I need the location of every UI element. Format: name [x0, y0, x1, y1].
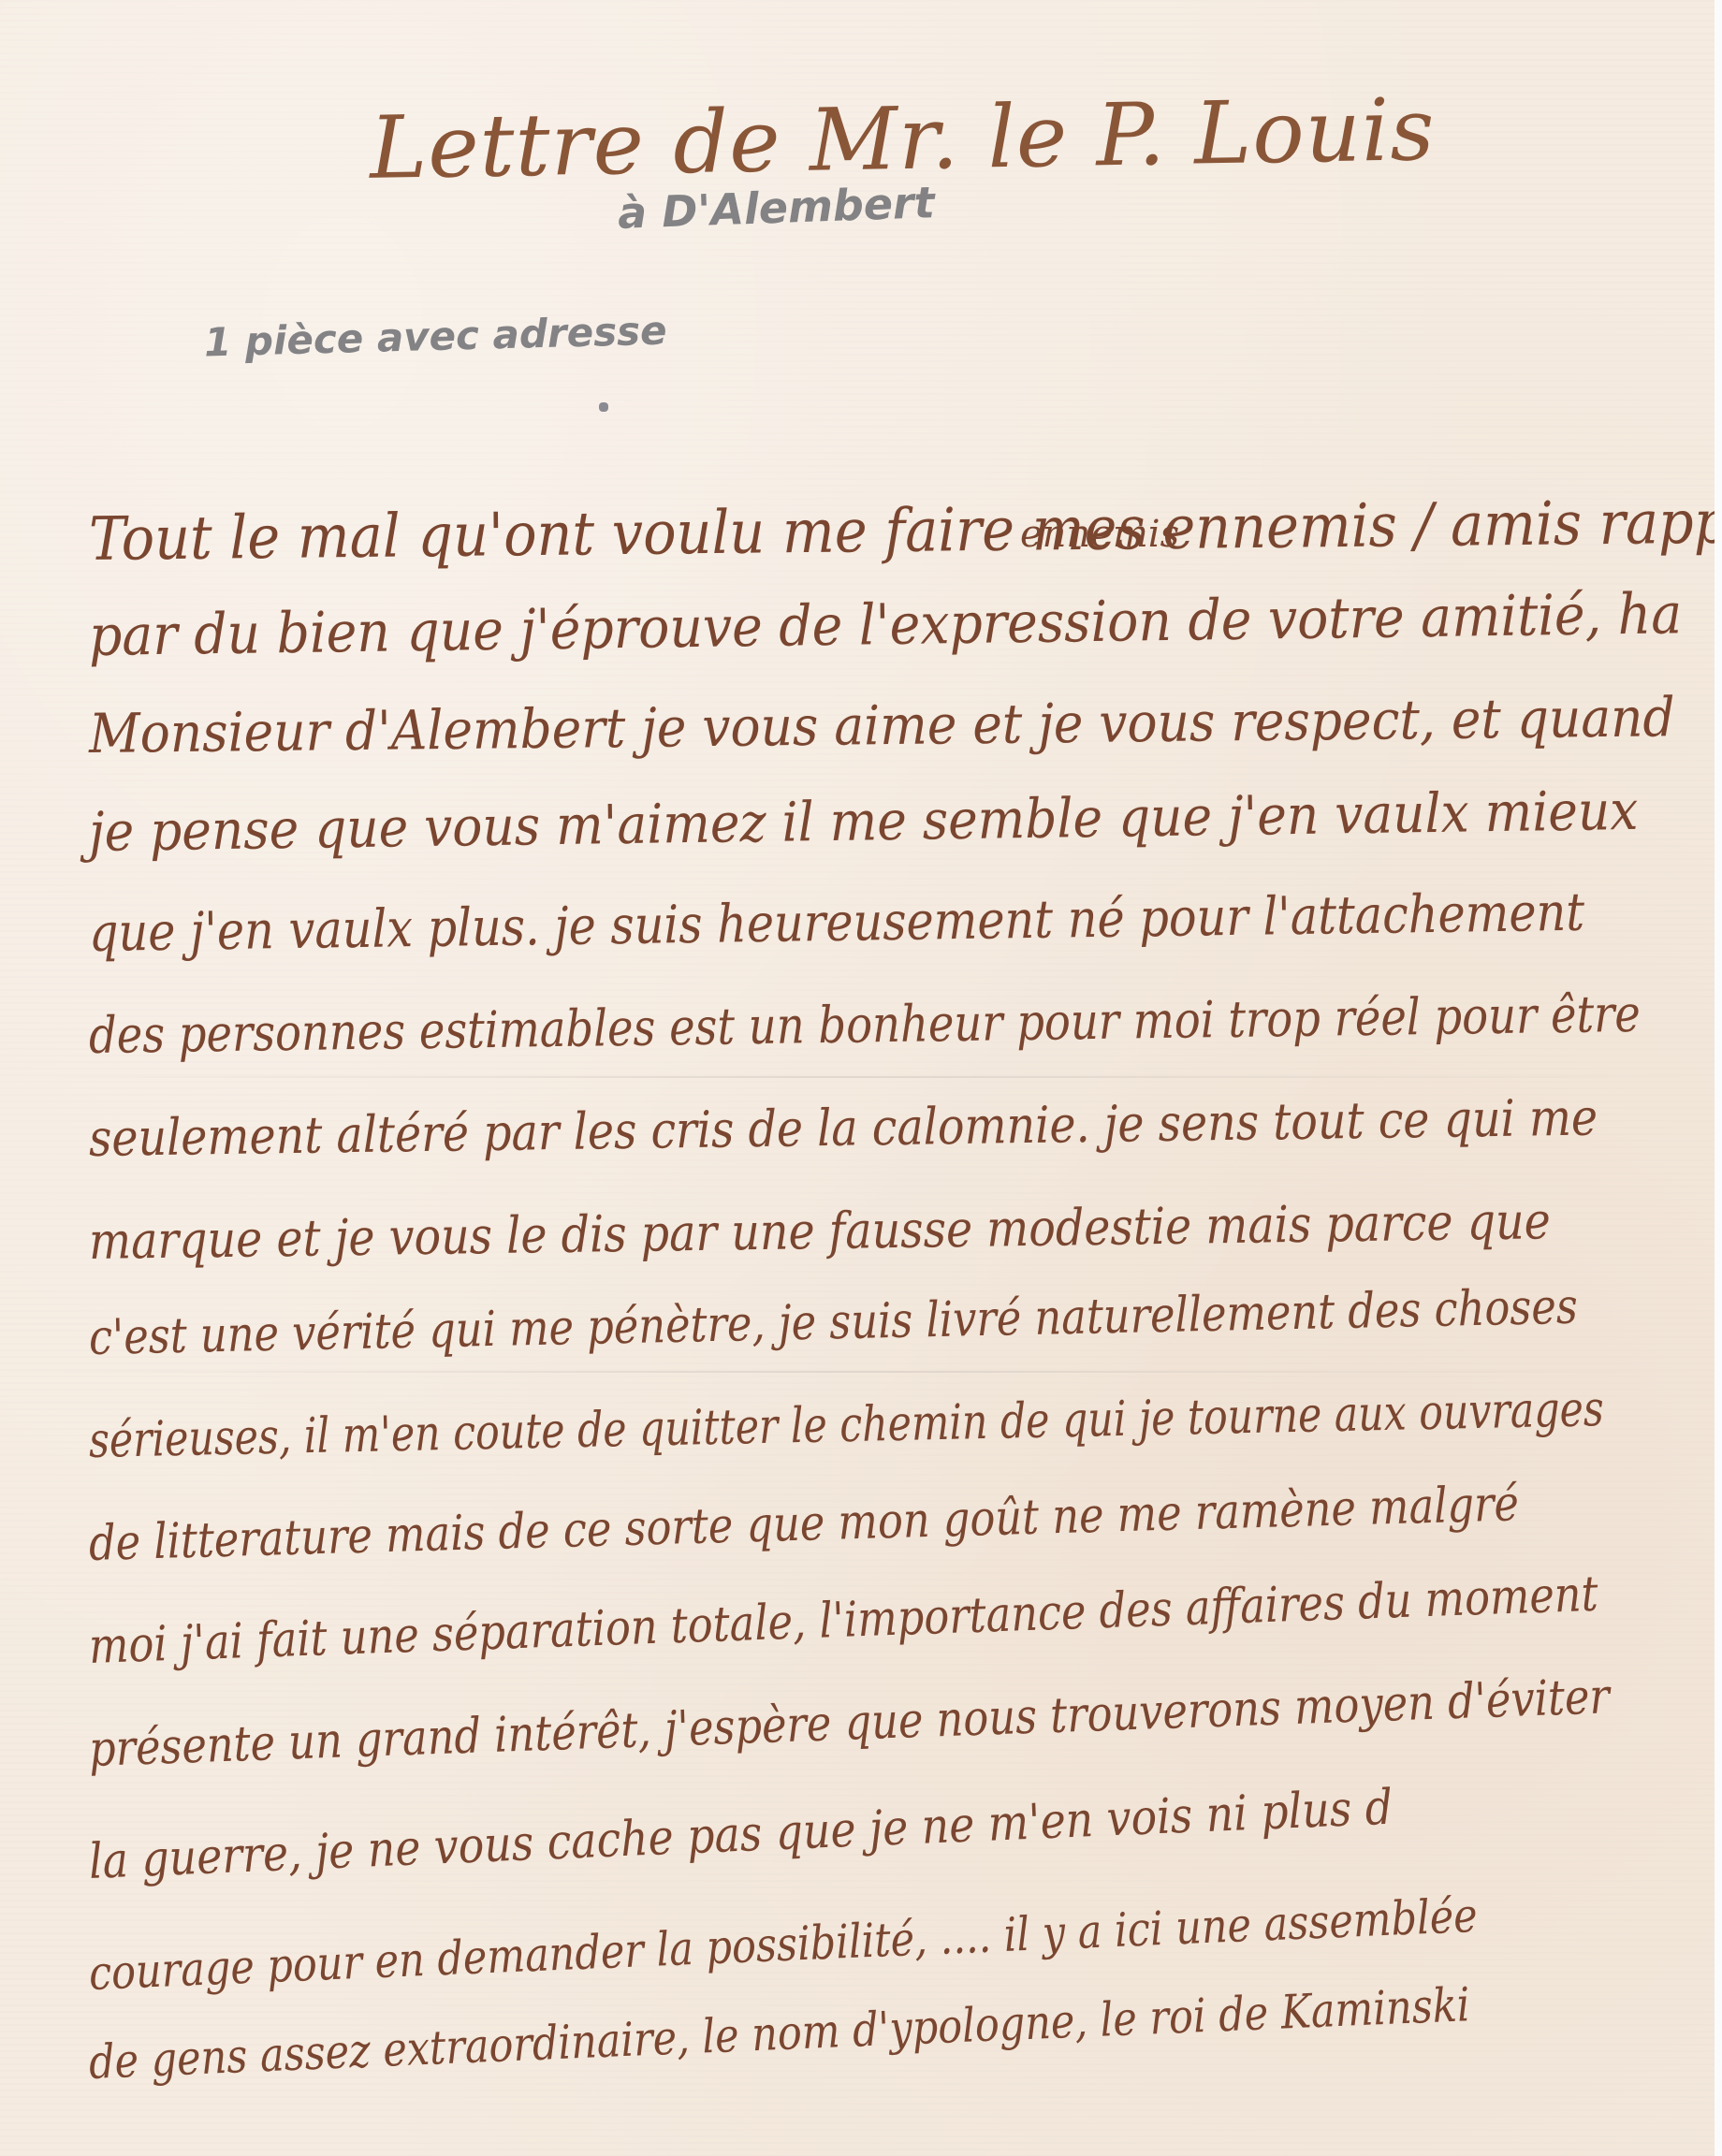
letter-sheet: Lettre de Mr. le P. Louis à D'Alembert 1… — [0, 0, 1716, 2156]
pencil-archival-note: 1 pièce avec adresse — [203, 308, 667, 366]
paper-fold-line — [0, 1371, 1715, 1373]
paper-fold-line — [0, 1076, 1715, 1078]
scan-edge-margin — [1715, 0, 1722, 2156]
ink-speck — [599, 402, 608, 412]
pencil-addressee-annotation: à D'Alembert — [617, 177, 935, 239]
